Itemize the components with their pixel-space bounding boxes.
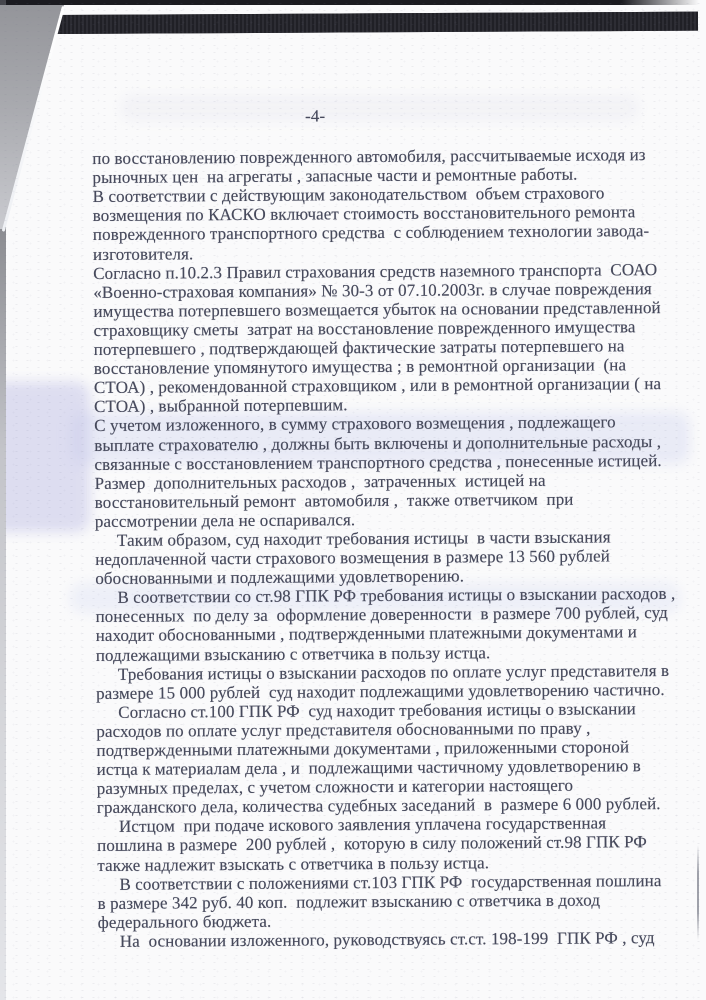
paragraph: С учетом изложенного, в сумму страхового… (94, 412, 675, 531)
paragraph: по восстановлению поврежденного автомоби… (92, 145, 672, 187)
scanned-document-page: -4- по восстановлению поврежденного авто… (0, 0, 706, 1000)
document-body: по восстановлению поврежденного автомоби… (92, 145, 678, 951)
paragraph: Требования истицы о взыскании расходов п… (96, 661, 676, 703)
paragraph: Согласно ст.100 ГПК РФ суд находит требо… (96, 699, 677, 818)
text-line: связанные с восстановлением транспортног… (94, 451, 674, 474)
scan-right-edge (697, 845, 699, 940)
document-text: -4- по восстановлению поврежденного авто… (92, 104, 678, 951)
scan-dark-band (56, 12, 698, 34)
paragraph: В соответствии со ст.98 ГПК РФ требовани… (95, 584, 676, 664)
paragraph: В соответствии с действующим законодател… (93, 183, 674, 263)
paragraph: Таким образом, суд находит требования ис… (95, 527, 675, 588)
page-number: -4- (92, 104, 672, 127)
text-line: поврежденного транспортного средства с с… (93, 221, 673, 244)
paragraph: На основании изложенного, руководствуясь… (98, 928, 678, 951)
scan-tint-patch (0, 382, 90, 532)
text-line: На основании изложенного, руководствуясь… (98, 928, 678, 951)
text-line: находит обоснованными , подтвержденными … (96, 622, 676, 645)
paragraph: В соответствии с положениями ст.103 ГПК … (97, 871, 677, 932)
text-line: в размере 342 руб. 40 коп. подлежит взыс… (97, 890, 677, 913)
paragraph: Согласно п.10.2.3 Правил страхования сре… (93, 260, 674, 417)
scan-edge-top (0, 0, 706, 5)
text-line: пошлина в размере 200 рублей , которую в… (97, 832, 677, 855)
paragraph: Истцом при подаче искового заявления упл… (97, 813, 677, 874)
